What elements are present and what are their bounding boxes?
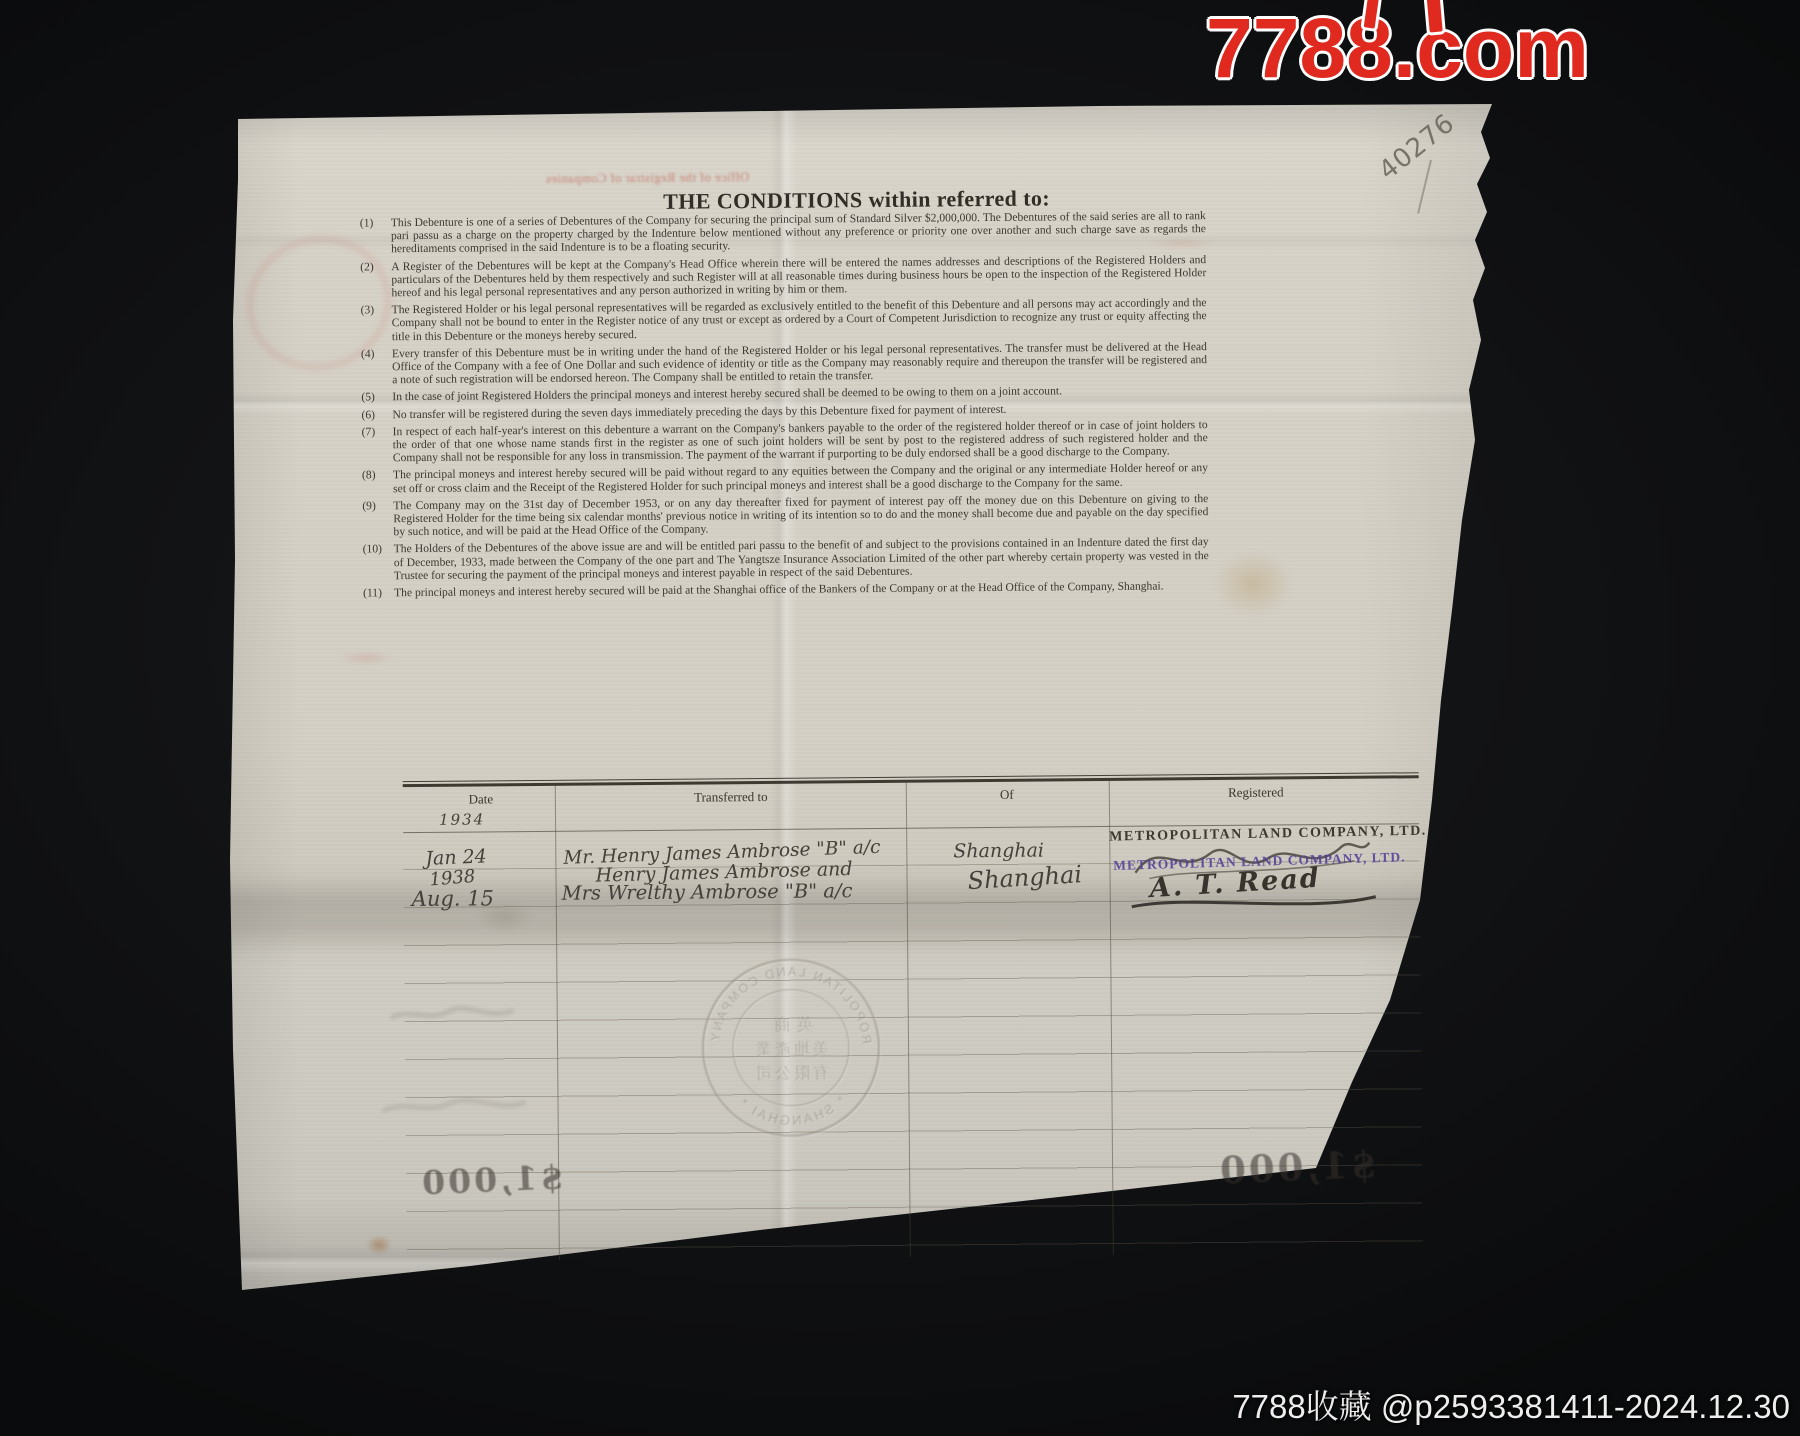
- condition-number: (4): [361, 347, 392, 387]
- svg-text:* SHANGHAI *: * SHANGHAI *: [735, 1093, 849, 1129]
- signature-flourish: [1128, 891, 1380, 917]
- handwritten-date-2: Aug. 15: [412, 886, 494, 911]
- condition-text: A Register of the Debentures will be kep…: [391, 253, 1206, 300]
- condition-item: (11)The principal moneys and interest he…: [363, 579, 1209, 600]
- collector-credit-watermark: 7788收藏 @p2593381411-2024.12.30: [1232, 1381, 1790, 1428]
- condition-item: (8)The principal moneys and interest her…: [362, 462, 1208, 496]
- condition-number: (11): [363, 586, 394, 599]
- conditions-list: (1)This Debenture is one of a series of …: [360, 209, 1209, 604]
- bleedthrough-writing: [379, 1094, 529, 1119]
- red-character-tip: [1426, 0, 1442, 32]
- condition-text: The Company may on the 31st day of Decem…: [393, 492, 1208, 539]
- condition-text: In the case of joint Registered Holders …: [392, 384, 1207, 404]
- table-header-of: Of: [957, 786, 1057, 803]
- condition-number: (8): [362, 469, 393, 496]
- condition-item: (3)The Registered Holder or his legal pe…: [361, 296, 1207, 343]
- condition-item: (4)Every transfer of this Debenture must…: [361, 340, 1207, 387]
- condition-text: No transfer will be registered during th…: [392, 401, 1207, 421]
- condition-number: (2): [360, 260, 391, 300]
- mirrored-amount-right: $1,000: [1216, 1142, 1377, 1193]
- condition-item: (10)The Holders of the Debentures of the…: [363, 536, 1209, 583]
- seal-ring-text-bottom: * SHANGHAI *: [735, 1093, 849, 1129]
- condition-number: (10): [363, 543, 394, 583]
- table-header-date: Date: [431, 791, 531, 808]
- condition-text: The Registered Holder or his legal perso…: [392, 296, 1207, 343]
- condition-text: In respect of each half-year's interest …: [393, 418, 1208, 465]
- handwritten-of-1: Shanghai: [953, 840, 1044, 863]
- condition-number: (1): [360, 216, 391, 256]
- condition-number: (7): [362, 425, 393, 465]
- table-header-transferred-to: Transferred to: [631, 788, 831, 806]
- document-content: Office of the Registrar of Companies THE…: [0, 0, 1800, 1436]
- condition-number: (3): [361, 303, 392, 343]
- seal-center-row-3: 有限公司: [753, 1063, 829, 1083]
- table-header-registered: Registered: [1186, 784, 1326, 801]
- handwritten-date-1: Jan 24: [425, 845, 487, 870]
- condition-item: (7)In respect of each half-year's intere…: [362, 418, 1208, 465]
- condition-text: The principal moneys and interest hereby…: [393, 462, 1208, 496]
- photo-stage: Office of the Registrar of Companies THE…: [0, 0, 1800, 1436]
- bleedthrough-writing: [388, 1002, 518, 1027]
- condition-number: (5): [361, 391, 392, 404]
- condition-item: (1)This Debenture is one of a series of …: [360, 209, 1206, 256]
- embossed-company-seal: METROPOLITAN LAND COMPANY LTD * SHANGHAI…: [695, 952, 887, 1144]
- condition-text: The Holders of the Debentures of the abo…: [394, 536, 1209, 583]
- condition-item: (2)A Register of the Debentures will be …: [360, 253, 1206, 300]
- condition-number: (9): [362, 499, 393, 539]
- condition-text: Every transfer of this Debenture must be…: [392, 340, 1207, 387]
- handwritten-year: 1934: [439, 810, 485, 828]
- condition-text: The principal moneys and interest hereby…: [394, 579, 1209, 599]
- handwritten-transferee-2b: Mrs Wrelthy Ambrose "B" a/c: [562, 879, 853, 905]
- site-watermark-logo: 7788.com: [1206, 6, 1589, 90]
- seal-center-row-1: 英商: [768, 1016, 814, 1036]
- condition-text: This Debenture is one of a series of Deb…: [391, 209, 1206, 256]
- seal-center-row-2: 美地產業: [753, 1039, 829, 1059]
- condition-item: (9)The Company may on the 31st day of De…: [362, 492, 1208, 539]
- mirrored-red-registrar-text: Office of the Registrar of Companies: [507, 170, 787, 187]
- pencil-number: 40276: [1373, 108, 1460, 186]
- pencil-stroke: [1417, 160, 1432, 214]
- mirrored-amount-left: $1,000: [418, 1157, 564, 1202]
- condition-number: (6): [361, 408, 392, 421]
